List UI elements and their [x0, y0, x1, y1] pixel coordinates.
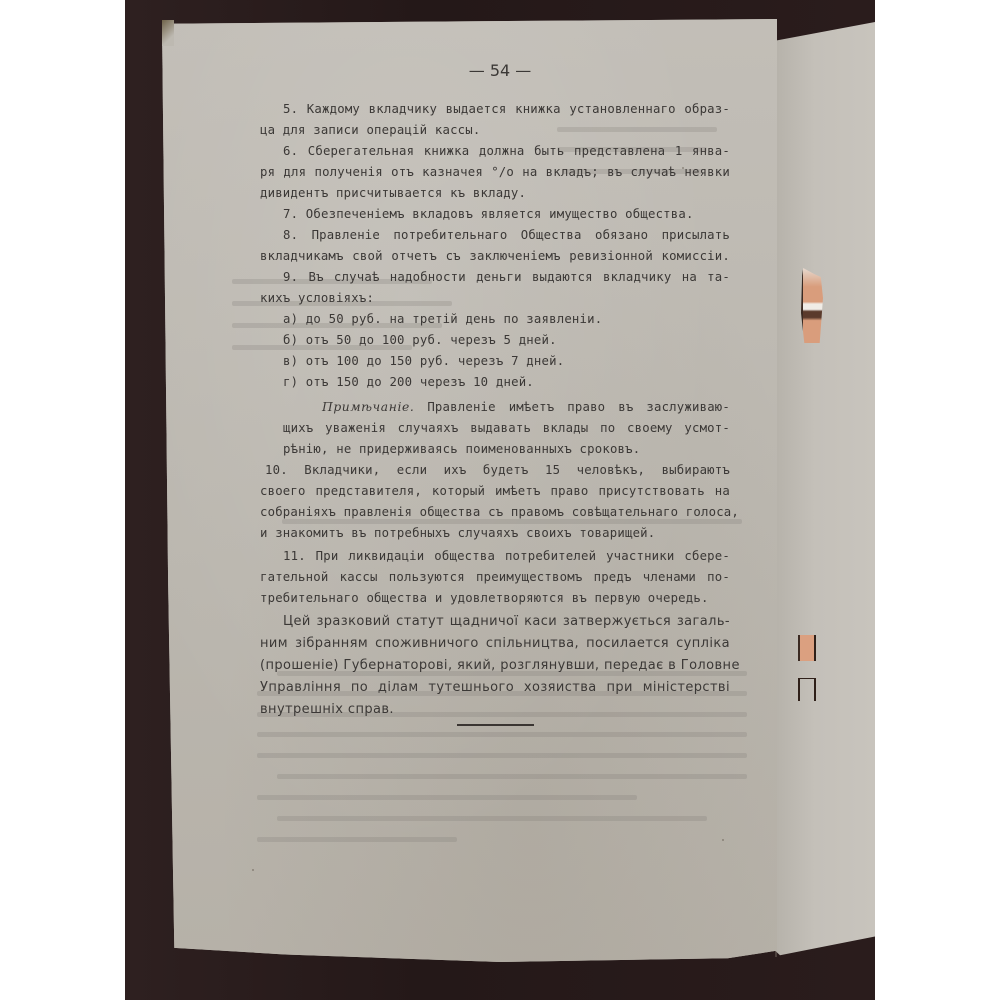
- note-line: Примѣчаніе. Правленіе имѣетъ право въ за…: [322, 399, 730, 415]
- paragraph-10-line: своего представителя, который имѣетъ пра…: [260, 483, 730, 499]
- closing-line: внутрешніх справ.: [260, 702, 730, 718]
- condition-item: в) отъ 100 до 150 руб. черезъ 7 дней.: [283, 353, 730, 369]
- paragraph-9-line: 9. Въ случаѣ надобности деньги выдаются …: [283, 269, 730, 285]
- closing-line: (прошеніе) Губернаторові, який, розгляну…: [260, 658, 730, 674]
- paragraph-7-line: 7. Обезпеченіемъ вкладовъ является имуще…: [283, 206, 730, 222]
- paragraph-11-line: 11. При ликвидаціи общества потребителей…: [283, 548, 730, 564]
- condition-item: а) до 50 руб. на третій день по заявлені…: [283, 311, 730, 327]
- paragraph-10-line: и знакомитъ въ потребныхъ случаяхъ своих…: [260, 525, 730, 541]
- condition-item: г) отъ 150 до 200 черезъ 10 дней.: [283, 374, 730, 390]
- note-line: рѣнію, не придерживаясь поименованныхъ с…: [283, 441, 730, 457]
- paragraph-10-line: собраніяхъ правленія общества съ правомъ…: [260, 504, 730, 520]
- closing-line: Цей зразковий статут щадничої каси затве…: [283, 614, 730, 630]
- paragraph-9-line: кихъ условіяхъ:: [260, 290, 730, 306]
- section-separator-rule: [457, 724, 534, 726]
- note-label: Примѣчаніе.: [322, 400, 414, 414]
- condition-item: б) отъ 50 до 100 руб. черезъ 5 дней.: [283, 332, 730, 348]
- paragraph-10-line: 10. Вкладчики, если ихъ будетъ 15 человѣ…: [265, 462, 730, 478]
- paragraph-5-line: 5. Каждому вкладчику выдается книжка уст…: [283, 101, 730, 117]
- note-line: щихъ уваженія случаяхъ выдавать вклады п…: [283, 420, 730, 436]
- closing-line: ним зібранням споживничого спільництва, …: [260, 636, 730, 652]
- page-number: — 54 —: [0, 61, 1000, 80]
- paragraph-6-line: 6. Сберегательная книжка должна быть пре…: [283, 143, 730, 159]
- paragraph-8-line: вкладчикамъ свой отчетъ съ заключеніемъ …: [260, 248, 730, 264]
- paragraph-11-line: требительнаго общества и удовлетворяются…: [260, 590, 730, 606]
- paragraph-6-line: ря для полученія отъ казначея °/о на вкл…: [260, 164, 730, 180]
- note-text: Правленіе имѣетъ право въ заслуживаю-: [427, 400, 730, 414]
- paragraph-11-line: гательной кассы пользуются преимуществом…: [260, 569, 730, 585]
- closing-line: Управління по ділам тутешнього хозяиства…: [260, 680, 730, 696]
- paragraph-6-line: дивидентъ присчитывается къ вкладу.: [260, 185, 730, 201]
- paragraph-8-line: 8. Правленіе потребительнаго Общества об…: [283, 227, 730, 243]
- paragraph-5-line: ца для записи операцій кассы.: [260, 122, 730, 138]
